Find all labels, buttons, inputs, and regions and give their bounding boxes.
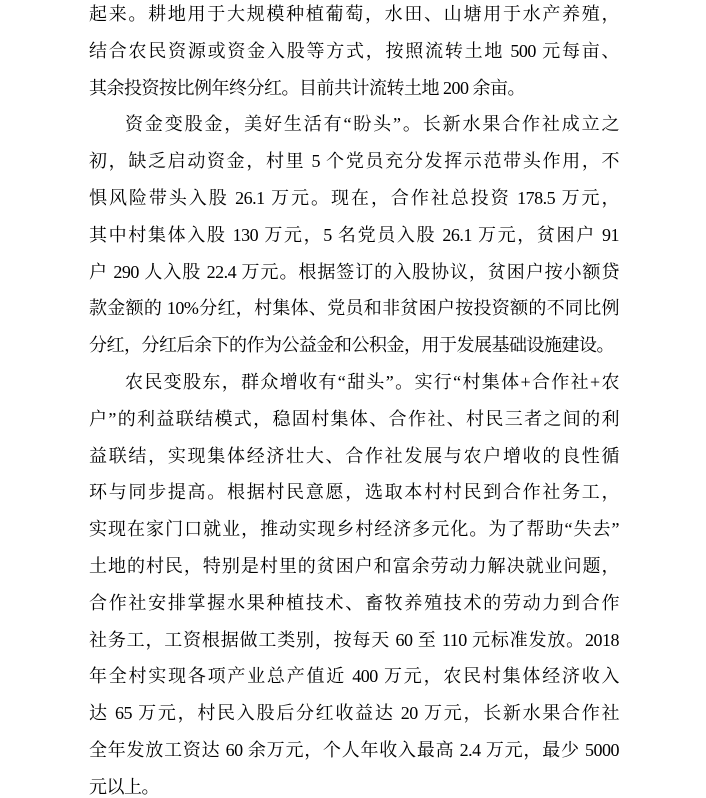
text-line: 达 65 万元，村民入股后分红收益达 20 万元，长新水果合作社 — [89, 695, 619, 732]
text-line: 社务工，工资根据做工类别，按每天 60 至 110 元标准发放。2018 — [89, 622, 619, 659]
text-line: 惧风险带头入股 26.1 万元。现在，合作社总投资 178.5 万元， — [89, 180, 619, 217]
text-line: 实现在家门口就业，推动实现乡村经济多元化。为了帮助“失去” — [89, 511, 619, 548]
text-line: 户 290 人入股 22.4 万元。根据签订的入股协议，贫困户按小额贷 — [89, 254, 619, 291]
paragraph: 起来。耕地用于大规模种植葡萄，水田、山塘用于水产养殖，结合农民资源或资金入股等方… — [89, 0, 619, 106]
text-line: 益联结，实现集体经济壮大、合作社发展与农户增收的良性循 — [89, 438, 619, 475]
paragraph: 资金变股金，美好生活有“盼头”。长新水果合作社成立之初，缺乏启动资金，村里 5 … — [89, 106, 619, 364]
text-line: 合作社安排掌握水果种植技术、畜牧养殖技术的劳动力到合作 — [89, 585, 619, 622]
document-body: 起来。耕地用于大规模种植葡萄，水田、山塘用于水产养殖，结合农民资源或资金入股等方… — [89, 0, 619, 798]
text-line: 初，缺乏启动资金，村里 5 个党员充分发挥示范带头作用，不 — [89, 143, 619, 180]
text-line: 其余投资按比例年终分红。目前共计流转土地 200 余亩。 — [89, 70, 619, 107]
text-line: 分红，分红后余下的作为公益金和公积金，用于发展基础设施建设。 — [89, 327, 619, 364]
text-line: 款金额的 10%分红，村集体、党员和非贫困户按投资额的不同比例 — [89, 290, 619, 327]
text-line: 其中村集体入股 130 万元，5 名党员入股 26.1 万元，贫困户 91 — [89, 217, 619, 254]
text-line: 元以上。 — [89, 769, 619, 798]
paragraph: 农民变股东，群众增收有“甜头”。实行“村集体+合作社+农户”的利益联结模式，稳固… — [89, 364, 619, 798]
text-line: 土地的村民，特别是村里的贫困户和富余劳动力解决就业问题， — [89, 548, 619, 585]
text-line: 结合农民资源或资金入股等方式，按照流转土地 500 元每亩、 — [89, 33, 619, 70]
text-line: 户”的利益联结模式，稳固村集体、合作社、村民三者之间的利 — [89, 401, 619, 438]
text-line: 资金变股金，美好生活有“盼头”。长新水果合作社成立之 — [89, 106, 619, 143]
text-line: 全年发放工资达 60 余万元，个人年收入最高 2.4 万元，最少 5000 — [89, 732, 619, 769]
document-page: 起来。耕地用于大规模种植葡萄，水田、山塘用于水产养殖，结合农民资源或资金入股等方… — [0, 0, 706, 798]
text-line: 年全村实现各项产业总产值近 400 万元，农民村集体经济收入 — [89, 658, 619, 695]
text-line: 农民变股东，群众增收有“甜头”。实行“村集体+合作社+农 — [89, 364, 619, 401]
text-line: 环与同步提高。根据村民意愿，选取本村村民到合作社务工， — [89, 474, 619, 511]
text-line: 起来。耕地用于大规模种植葡萄，水田、山塘用于水产养殖， — [89, 0, 619, 33]
